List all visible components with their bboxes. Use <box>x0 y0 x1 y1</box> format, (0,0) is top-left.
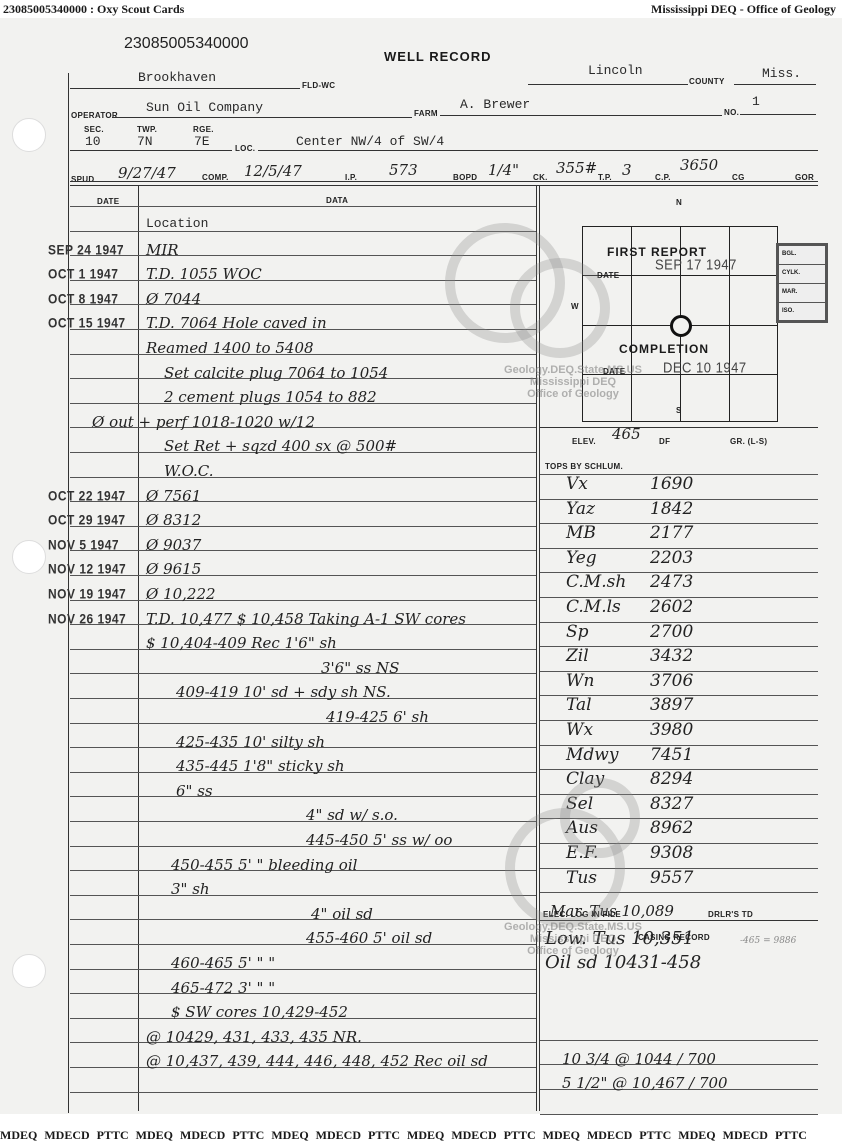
formation-depth: 3980 <box>650 720 693 740</box>
log-entry: 4" oil sd <box>311 905 373 923</box>
formation-name: Vx <box>566 474 588 494</box>
elec-log-note: -465 = 9886 <box>740 936 796 946</box>
formation-name: Mdwy <box>566 745 618 765</box>
loc-value: Center NW/4 of SW/4 <box>296 134 444 149</box>
log-entry: 445-450 5' ss w/ oo <box>306 831 452 849</box>
log-date: NOV 26 1947 <box>48 611 126 627</box>
log-date: OCT 1 1947 <box>48 266 118 282</box>
log-entry: 465-472 3' " " <box>171 979 275 997</box>
footer-banner: MDEQ MDECD PTTC MDEQ MDECD PTTC MDEQ MDE… <box>0 1128 842 1143</box>
log-entry: 460-465 5' " " <box>171 954 275 972</box>
formation-depth: 3897 <box>650 695 693 715</box>
formation-depth: 2473 <box>650 572 693 592</box>
sec-label: SEC. <box>84 125 104 134</box>
formation-name: Tal <box>566 695 592 715</box>
spud-label: SPUD <box>71 175 94 184</box>
log-date: NOV 12 1947 <box>48 561 126 577</box>
log-entry: Ø 10,222 <box>146 585 216 603</box>
ck-value: 355# <box>556 159 597 177</box>
formation-depth: 2602 <box>650 597 693 617</box>
log-entry: Set Ret + sqzd 400 sx @ 500# <box>164 437 397 455</box>
log-entry: Set calcite plug 7064 to 1054 <box>164 364 388 382</box>
log-entry: 409-419 10' sd + sdy sh NS. <box>176 683 391 701</box>
log-entry: @ 10,437, 439, 444, 446, 448, 452 Rec oi… <box>146 1052 488 1070</box>
data-column-header: DATA <box>326 196 348 205</box>
log-entry: 425-435 10' silty sh <box>176 733 325 751</box>
sec-value: 10 <box>85 134 101 149</box>
formation-name: Zil <box>566 646 589 666</box>
casing-item: 5 1/2" @ 10,467 / 700 <box>562 1074 728 1092</box>
formation-name: Wn <box>566 671 594 691</box>
elev-value: 465 <box>612 425 641 443</box>
punch-hole-icon <box>12 540 46 574</box>
elev-label: ELEV. <box>572 437 596 446</box>
log-entry: 3" sh <box>171 880 210 898</box>
formation-depth: 2203 <box>650 548 693 568</box>
log-entry: $ SW cores 10,429-452 <box>171 1003 348 1021</box>
first-report-date: SEP 17 1947 <box>655 256 737 273</box>
log-date: OCT 8 1947 <box>48 291 118 307</box>
county-value: Lincoln <box>588 63 643 78</box>
punch-hole-icon <box>12 954 46 988</box>
twp-value: 7N <box>137 134 153 149</box>
no-label: NO. <box>724 108 739 117</box>
state-value: Miss. <box>762 66 801 81</box>
df-label: DF <box>659 437 670 446</box>
log-entry: 455-460 5' oil sd <box>306 929 432 947</box>
operator-label: OPERATOR <box>71 111 118 120</box>
ip-value: 573 <box>389 161 418 179</box>
log-entry: 3'6" ss NS <box>321 659 399 677</box>
log-entry: 4" sd w/ s.o. <box>306 806 398 824</box>
log-entry: T.D. 7064 Hole caved in <box>146 314 327 332</box>
log-entry: Ø 8312 <box>146 511 201 529</box>
county-label: COUNTY <box>689 77 725 86</box>
tops-label: TOPS BY SCHLUM. <box>545 462 623 471</box>
watermark-text: Geology.DEQ.State.MS.USMississippi DEQOf… <box>498 921 648 957</box>
log-entry: Ø 7044 <box>146 290 201 308</box>
log-entry: 6" ss <box>176 782 213 800</box>
well-location-icon <box>670 315 692 337</box>
log-entry: T.D. 10,477 $ 10,458 Taking A-1 SW cores <box>146 610 466 628</box>
page-header: 23085005340000 : Oxy Scout Cards Mississ… <box>0 0 842 18</box>
spud-value: 9/27/47 <box>118 164 176 182</box>
casing-item: 10 3/4 @ 1044 / 700 <box>562 1050 716 1068</box>
field-value: Brookhaven <box>138 70 216 85</box>
formation-name: Wx <box>566 720 593 740</box>
header-right-title: Mississippi DEQ - Office of Geology <box>651 2 836 17</box>
drlr-td-label: DRLR'S TD <box>708 910 753 919</box>
log-entry: Ø out + perf 1018-1020 w/12 <box>92 413 315 431</box>
formation-depth: 9557 <box>650 868 693 888</box>
formation-depth: 3432 <box>650 646 693 666</box>
log-entry: MIR <box>146 241 179 259</box>
log-date: OCT 15 1947 <box>48 315 126 331</box>
formation-name: C.M.ls <box>566 597 621 617</box>
punch-hole-icon <box>12 118 46 152</box>
log-entry: Ø 7561 <box>146 487 201 505</box>
card-title: WELL RECORD <box>384 49 492 64</box>
watermark-text: Geology.DEQ.State.MS.USMississippi DEQOf… <box>498 364 648 400</box>
formation-depth: 2700 <box>650 622 693 642</box>
formation-depth: 1842 <box>650 499 693 519</box>
formation-name: MB <box>566 523 596 543</box>
rge-value: 7E <box>194 134 210 149</box>
twp-label: TWP. <box>137 125 157 134</box>
log-date: NOV 19 1947 <box>48 586 126 602</box>
comp-value: 12/5/47 <box>244 162 302 180</box>
gr-label: GR. (L-S) <box>730 437 767 446</box>
plat-north-label: N <box>676 198 682 207</box>
formation-name: Sp <box>566 622 589 642</box>
loc-label: LOC. <box>235 144 255 153</box>
log-entry: $ 10,404-409 Rec 1'6" sh <box>146 634 337 652</box>
completion-date: DEC 10 1947 <box>663 359 747 376</box>
cp-value: 3650 <box>680 156 718 174</box>
log-entry: Reamed 1400 to 5408 <box>146 339 314 357</box>
well-record-card: 23085005340000 WELL RECORD Brookhaven FL… <box>0 18 842 1114</box>
header-left-title: 23085005340000 : Oxy Scout Cards <box>3 2 184 17</box>
log-entry: Ø 9615 <box>146 560 201 578</box>
log-date: NOV 5 1947 <box>48 537 119 553</box>
formation-depth: 8294 <box>650 769 693 789</box>
tp-value: 3 <box>622 161 632 179</box>
log-entry: 450-455 5' " bleeding oil <box>171 856 357 874</box>
log-date: OCT 22 1947 <box>48 488 126 504</box>
formation-depth: 1690 <box>650 474 693 494</box>
log-entry: Ø 9037 <box>146 536 201 554</box>
farm-label: FARM <box>414 109 438 118</box>
bopd-value: 1/4" <box>488 161 519 179</box>
operator-value: Sun Oil Company <box>146 100 263 115</box>
date-column-header: DATE <box>97 197 119 206</box>
formation-depth: 3706 <box>650 671 693 691</box>
log-entry: 435-445 1'8" sticky sh <box>176 757 345 775</box>
api-number: 23085005340000 <box>124 35 249 53</box>
log-date: OCT 29 1947 <box>48 512 126 528</box>
formation-depth: 8327 <box>650 794 693 814</box>
formation-name: C.M.sh <box>566 572 626 592</box>
completion-label: COMPLETION <box>619 342 709 356</box>
rge-label: RGE. <box>193 125 214 134</box>
formation-depth: 2177 <box>650 523 693 543</box>
log-date: SEP 24 1947 <box>48 242 124 258</box>
formation-name: Yeg <box>566 548 597 568</box>
log-entry: T.D. 1055 WOC <box>146 265 262 283</box>
formation-depth: 8962 <box>650 818 693 838</box>
ledger-check-stamp: BGL. CYLK. MAR. ISO. <box>776 243 828 323</box>
log-entry: 2 cement plugs 1054 to 882 <box>164 388 377 406</box>
formation-depth: 9308 <box>650 843 693 863</box>
well-no-value: 1 <box>752 94 760 109</box>
log-entry: 419-425 6' sh <box>326 708 429 726</box>
farm-value: A. Brewer <box>460 97 530 112</box>
log-entry: Location <box>146 216 208 231</box>
log-entry: @ 10429, 431, 433, 435 NR. <box>146 1028 362 1046</box>
formation-depth: 7451 <box>650 745 693 765</box>
formation-name: Yaz <box>566 499 595 519</box>
log-entry: W.O.C. <box>164 462 213 480</box>
field-label: FLD-WC <box>302 81 335 90</box>
